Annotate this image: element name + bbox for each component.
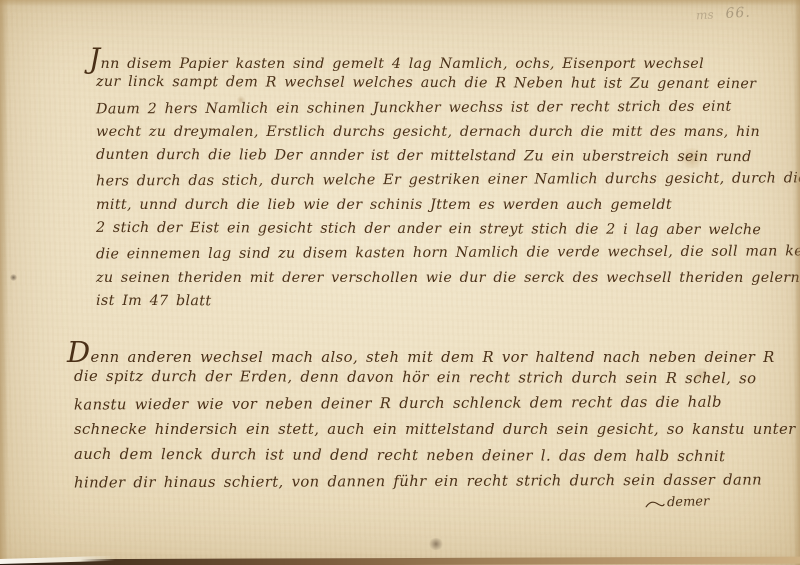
handwritten-line: die spitz durch der Erden, denn davon hö… bbox=[74, 364, 752, 392]
folio-annotation: ms 66. bbox=[696, 5, 752, 24]
handwritten-line: zur linck sampt dem R wechsel welches au… bbox=[96, 70, 751, 97]
paragraph-2: Denn anderen wechsel mach also, steh mit… bbox=[74, 339, 752, 495]
handwritten-line: mitt, unnd durch die lieb wie der schini… bbox=[96, 193, 751, 217]
handwritten-line: auch dem lenck durch ist und dend recht … bbox=[74, 442, 752, 470]
handwritten-line: wecht zu dreymalen, Erstlich durchs gesi… bbox=[96, 120, 751, 144]
handwritten-line: Daum 2 hers Namlich ein schinen Junckher… bbox=[96, 94, 751, 121]
manuscript-page: ms 66. Jnn disem Papier kasten sind geme… bbox=[0, 0, 800, 565]
handwritten-line: hers durch das stich, durch welche Er ge… bbox=[96, 167, 751, 194]
handwritten-line: Denn anderen wechsel mach also, steh mit… bbox=[67, 339, 752, 365]
handwritten-line: kanstu wieder wie vor neben deiner R dur… bbox=[74, 390, 752, 419]
handwritten-line: dunten durch die lieb Der annder ist der… bbox=[96, 143, 751, 170]
ink-speck bbox=[10, 274, 17, 281]
handwritten-line: zu seinen theriden mit derer verschollen… bbox=[96, 266, 751, 290]
folio-annotation-mark: ms bbox=[696, 8, 714, 23]
handwritten-line: die einnemen lag sind zu disem kasten ho… bbox=[96, 240, 751, 267]
page-right-edge bbox=[794, 0, 800, 565]
ink-speck bbox=[428, 538, 444, 550]
catchword-word: demer bbox=[667, 494, 710, 510]
page-left-edge bbox=[0, 0, 8, 565]
page-top-edge bbox=[0, 0, 800, 6]
handwritten-line: 2 stich der Eist ein gesicht stich der a… bbox=[96, 216, 751, 243]
folio-number: 66. bbox=[725, 5, 751, 22]
handwritten-line: ist Im 47 blatt bbox=[96, 289, 751, 316]
page-bottom-edge-shadow bbox=[0, 557, 800, 565]
catchword-flourish-icon bbox=[645, 498, 665, 509]
handwritten-line: hinder dir hinaus schiert, von dannen fü… bbox=[74, 468, 752, 497]
page-corner-shading bbox=[0, 0, 20, 20]
handwritten-line: Jnn disem Papier kasten sind gemelt 4 la… bbox=[89, 47, 751, 71]
handwritten-line: schnecke hindersich ein stett, auch ein … bbox=[74, 417, 752, 443]
paragraph-1: Jnn disem Papier kasten sind gemelt 4 la… bbox=[96, 47, 751, 314]
catchword: demer bbox=[645, 494, 710, 511]
